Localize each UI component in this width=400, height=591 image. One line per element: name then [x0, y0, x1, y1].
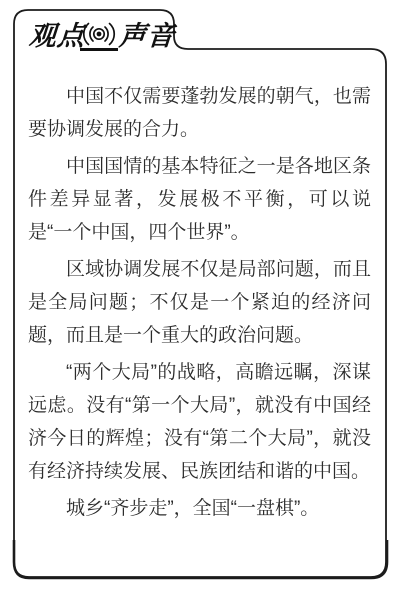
panel-body: 中国不仅需要蓬勃发展的朝气，也需要协调发展的合力。 中国国情的基本特征之一是各地… — [14, 49, 387, 529]
header-title-left: 观点 — [28, 21, 86, 51]
paragraph: 中国不仅需要蓬勃发展的朝气，也需要协调发展的合力。 — [28, 80, 371, 146]
paragraph: 区域协调发展不仅是局部问题，而且是全局问题；不仅是一个紧迫的经济问题，而且是一个… — [28, 253, 371, 352]
paragraph: 中国国情的基本特征之一是各地区条件差异显著，发展极不平衡，可以说是“一个中国，四… — [28, 150, 371, 249]
page: 观点 声音 中国不仅需要蓬勃发展的朝气，也需要协调发展的合力。 中国国情的基本特… — [0, 0, 400, 591]
header-title-right: 声音 — [118, 21, 176, 51]
paragraph: 城乡“齐步走”，全国“一盘棋”。 — [28, 492, 371, 525]
panel-header: 观点 声音 — [29, 19, 175, 51]
paragraph: “两个大局”的战略，高瞻远瞩，深谋远虑。没有“第一个大局”，就没有中国经济今日的… — [28, 356, 371, 488]
